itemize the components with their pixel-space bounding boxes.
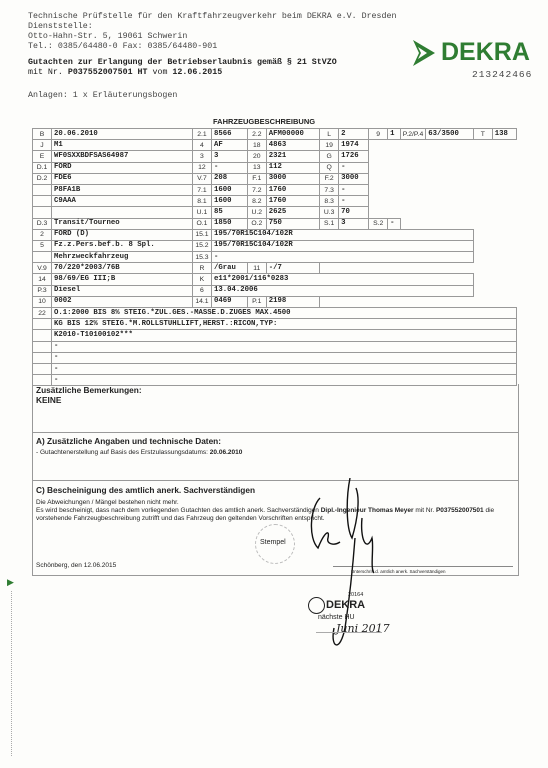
- field-code: L: [320, 129, 339, 140]
- field-code: 12: [192, 162, 211, 173]
- field-value: -: [388, 218, 401, 229]
- field-value: AF: [211, 140, 247, 151]
- field-code: 19: [320, 140, 339, 151]
- field-value: 195/70R15C104/102R: [211, 240, 473, 251]
- field-code: 14: [33, 274, 52, 285]
- field-value: -: [211, 162, 247, 173]
- field-value: 2625: [266, 207, 319, 218]
- field-code: [33, 207, 52, 218]
- field-value: [52, 207, 193, 218]
- dienststelle-label: Dienststelle:: [28, 22, 396, 32]
- field-code: 2: [33, 229, 52, 240]
- field-value: 2198: [266, 296, 319, 307]
- address: Otto-Hahn-Str. 5, 19061 Schwerin: [28, 32, 396, 42]
- field-value: 63/3500: [426, 129, 474, 140]
- table-row: B20.06.20102.185662.2AFM00000L291P.2/P.4…: [33, 129, 517, 140]
- field-value: 0002: [52, 296, 193, 307]
- field-code: 5: [33, 240, 52, 251]
- field-code: 4: [192, 140, 211, 151]
- field-code: P.2/P.4: [400, 129, 426, 140]
- side-margin-strip: ▶: [8, 583, 14, 758]
- gutachten-date: 12.06.2015: [172, 68, 222, 77]
- dekra-chevron-small-icon: ▶: [7, 577, 14, 588]
- table-row: U.185U.22625U.370: [33, 207, 517, 218]
- gutachten-mid: vom: [148, 68, 173, 77]
- field-code: 8.1: [192, 196, 211, 207]
- field-code: D.3: [33, 218, 52, 229]
- field-value: Mehrzweckfahrzeug: [52, 252, 193, 263]
- table-row: KG BIS 12% STEIG.*M.ROLLSTUHLLIFT,HERST.…: [33, 319, 517, 330]
- section-c-text-a: Es wird bescheinigt, dass nach dem vorli…: [36, 507, 321, 514]
- field-code: 20: [247, 151, 266, 162]
- field-value: 208: [211, 173, 247, 184]
- gutachten-line1: Gutachten zur Erlangung der Betriebserla…: [28, 58, 337, 67]
- section-a: A) Zusätzliche Angaben und technische Da…: [32, 432, 519, 481]
- vehicle-description-table: B20.06.20102.185662.2AFM00000L291P.2/P.4…: [32, 128, 517, 386]
- field-code: K: [192, 274, 211, 285]
- field-code: 2.2: [247, 129, 266, 140]
- table-row: 22O.1:2000 BIS 8% STEIG.*ZUL.GES.-MASSE.…: [33, 308, 517, 319]
- table-row: 5Fz.z.Pers.bef.b. 8 Spl.15.2195/70R15C10…: [33, 240, 517, 251]
- table-row: D.3Transit/TourneoO.11850O.2750S.13S.2-: [33, 218, 517, 229]
- field-code: O.1: [192, 218, 211, 229]
- field-value: 1760: [266, 196, 319, 207]
- bemerkungen-value: KEINE: [36, 395, 515, 405]
- dekra-logo: DEKRA 213242466: [411, 38, 536, 88]
- dekra-number: 213242466: [472, 69, 532, 80]
- field-value: 3000: [339, 173, 369, 184]
- field-value: -: [52, 363, 517, 374]
- place-date: Schönberg, den 12.06.2015: [36, 562, 116, 569]
- dekra-wordmark: DEKRA: [441, 38, 530, 67]
- section-a-label: - Gutachtenerstellung auf Basis des Erst…: [36, 449, 208, 456]
- gutachten-prefix: mit Nr.: [28, 68, 68, 77]
- field-value: K2010-T10100102***: [52, 330, 517, 341]
- section-c-line1: Die Abweichungen / Mängel bestehen nicht…: [36, 499, 515, 507]
- official-stamp: Stempel: [255, 524, 295, 564]
- field-code: 18: [247, 140, 266, 151]
- field-value: 0469: [211, 296, 247, 307]
- field-code: 3: [192, 151, 211, 162]
- handwritten-signature: [300, 478, 420, 668]
- field-value: -: [52, 341, 517, 352]
- field-value: 1760: [266, 184, 319, 195]
- bemerkungen-box: Zusätzliche Bemerkungen: KEINE: [32, 384, 519, 433]
- field-value: 98/69/EG III;B: [52, 274, 193, 285]
- field-code: 13: [247, 162, 266, 173]
- field-value: 1: [388, 129, 401, 140]
- field-code: 15.2: [192, 240, 211, 251]
- field-code: 2.1: [192, 129, 211, 140]
- field-value: 1600: [211, 184, 247, 195]
- field-code: [33, 184, 52, 195]
- table-row: K2010-T10100102***: [33, 330, 517, 341]
- field-value: FDE6: [52, 173, 193, 184]
- field-code: [33, 330, 52, 341]
- field-value: 3: [339, 218, 369, 229]
- field-code: G: [320, 151, 339, 162]
- field-code: 22: [33, 308, 52, 319]
- gutachten-title: Gutachten zur Erlangung der Betriebserla…: [28, 58, 337, 78]
- field-code: J: [33, 140, 52, 151]
- field-code: U.2: [247, 207, 266, 218]
- bemerkungen-heading: Zusätzliche Bemerkungen:: [36, 385, 515, 395]
- field-code: 9: [369, 129, 388, 140]
- field-value: 195/70R15C104/102R: [211, 229, 473, 240]
- issuer-header: Technische Prüfstelle für den Kraftfahrz…: [28, 12, 396, 52]
- table-row: 1498/69/EG III;BKe11*2001/116*0283: [33, 274, 517, 285]
- hu-stamp-brand: DEKRA: [326, 599, 365, 611]
- field-value: 13.04.2006: [211, 285, 473, 296]
- field-code: D.2: [33, 173, 52, 184]
- field-value: 70/220*2003/76B: [52, 263, 193, 274]
- field-code: [33, 363, 52, 374]
- anlagen: Anlagen: 1 x Erläuterungsbogen: [28, 91, 177, 100]
- field-code: [33, 352, 52, 363]
- hu-handwritten-date: Juni 2017: [336, 622, 390, 635]
- field-value: 750: [266, 218, 319, 229]
- field-value: -: [339, 162, 369, 173]
- field-value: 3000: [266, 173, 319, 184]
- field-value: C9AAA: [52, 196, 193, 207]
- field-value: 112: [266, 162, 319, 173]
- field-code: [33, 196, 52, 207]
- hu-stamp-label: nächste HU: [318, 614, 355, 621]
- table-row: V.970/220*2003/76BR/Grau11-/7: [33, 263, 517, 274]
- field-value: -: [339, 184, 369, 195]
- table-row: Mehrzweckfahrzeug15.3-: [33, 252, 517, 263]
- gutachten-number: P037552007501 HT: [68, 68, 148, 77]
- field-code: 15.1: [192, 229, 211, 240]
- table-row: JM14AF184863191974: [33, 140, 517, 151]
- table-row: D.1FORD12-13112Q-: [33, 162, 517, 173]
- field-value: AFM00000: [266, 129, 319, 140]
- table-row: P.3Diesel613.04.2006: [33, 285, 517, 296]
- field-code: U.1: [192, 207, 211, 218]
- field-value: 138: [492, 129, 516, 140]
- field-code: S.2: [369, 218, 388, 229]
- field-value: Fz.z.Pers.bef.b. 8 Spl.: [52, 240, 193, 251]
- field-value: FORD: [52, 162, 193, 173]
- field-value: 20.06.2010: [52, 129, 193, 140]
- table-row: D.2FDE6V.7208F.13000F.23000: [33, 173, 517, 184]
- field-code: E: [33, 151, 52, 162]
- field-code: [33, 341, 52, 352]
- field-value: 70: [339, 207, 369, 218]
- table-row: -: [33, 352, 517, 363]
- field-code: P.1: [247, 296, 266, 307]
- field-value: 2321: [266, 151, 319, 162]
- field-value: -/7: [266, 263, 319, 274]
- table-row: EWF0SXXBDFSAS6498733202321G1726: [33, 151, 517, 162]
- field-value: 1726: [339, 151, 369, 162]
- field-code: 6: [192, 285, 211, 296]
- field-code: [33, 319, 52, 330]
- dekra-chevron-icon: [411, 38, 437, 68]
- hu-inspection-stamp: 20164 DEKRA nächste HU Juni 2017: [308, 592, 398, 638]
- field-code: 7.3: [320, 184, 339, 195]
- table-row: -: [33, 341, 517, 352]
- field-value: Transit/Tourneo: [52, 218, 193, 229]
- field-value: 1850: [211, 218, 247, 229]
- field-code: 8.3: [320, 196, 339, 207]
- field-value: -: [52, 352, 517, 363]
- field-code: 10: [33, 296, 52, 307]
- field-value: P8FA1B: [52, 184, 193, 195]
- field-code: P.3: [33, 285, 52, 296]
- field-code: D.1: [33, 162, 52, 173]
- field-code: S.1: [320, 218, 339, 229]
- field-code: T: [473, 129, 492, 140]
- field-code: V.9: [33, 263, 52, 274]
- field-code: V.7: [192, 173, 211, 184]
- table-row: 2FORD (D)15.1195/70R15C104/102R: [33, 229, 517, 240]
- field-value: e11*2001/116*0283: [211, 274, 473, 285]
- section-c-heading: C) Bescheinigung des amtlich anerk. Sach…: [36, 485, 515, 495]
- section-c: C) Bescheinigung des amtlich anerk. Sach…: [32, 480, 519, 576]
- table-row: P8FA1B7.116007.217607.3-: [33, 184, 517, 195]
- field-code: U.3: [320, 207, 339, 218]
- section-a-heading: A) Zusätzliche Angaben und technische Da…: [36, 436, 515, 446]
- section-a-value: 20.06.2010: [210, 449, 243, 456]
- field-value: M1: [52, 140, 193, 151]
- field-value: /Grau: [211, 263, 247, 274]
- field-value: 2: [339, 129, 369, 140]
- field-value: -: [339, 196, 369, 207]
- field-code: 11: [247, 263, 266, 274]
- field-code: F.1: [247, 173, 266, 184]
- org-line: Technische Prüfstelle für den Kraftfahrz…: [28, 12, 396, 22]
- field-code: F.2: [320, 173, 339, 184]
- field-value: FORD (D): [52, 229, 193, 240]
- field-code: B: [33, 129, 52, 140]
- field-code: 7.2: [247, 184, 266, 195]
- field-value: WF0SXXBDFSAS64987: [52, 151, 193, 162]
- field-code: 15.3: [192, 252, 211, 263]
- table-title: FAHRZEUGBESCHREIBUNG: [213, 117, 315, 126]
- field-code: 14.1: [192, 296, 211, 307]
- field-value: 1600: [211, 196, 247, 207]
- field-value: 4863: [266, 140, 319, 151]
- field-value: -: [211, 252, 473, 263]
- table-row: C9AAA8.116008.217608.3-: [33, 196, 517, 207]
- hu-stamp-number: 20164: [348, 592, 363, 598]
- field-code: 8.2: [247, 196, 266, 207]
- field-value: 8566: [211, 129, 247, 140]
- table-row: -: [33, 363, 517, 374]
- expert-number: P037552007501: [436, 507, 484, 514]
- field-code: R: [192, 263, 211, 274]
- field-value: KG BIS 12% STEIG.*M.ROLLSTUHLLIFT,HERST.…: [52, 319, 517, 330]
- field-value: 3: [211, 151, 247, 162]
- field-value: O.1:2000 BIS 8% STEIG.*ZUL.GES.-MASSE.D.…: [52, 308, 517, 319]
- table-row: 10000214.10469P.12198: [33, 296, 517, 307]
- stamp-label: Stempel: [260, 539, 286, 546]
- field-value: Diesel: [52, 285, 193, 296]
- field-code: 7.1: [192, 184, 211, 195]
- field-value: 85: [211, 207, 247, 218]
- field-code: O.2: [247, 218, 266, 229]
- field-code: [33, 252, 52, 263]
- phone: Tel.: 0385/64480-0 Fax: 0385/64480-901: [28, 42, 396, 52]
- field-value: 1974: [339, 140, 369, 151]
- field-code: Q: [320, 162, 339, 173]
